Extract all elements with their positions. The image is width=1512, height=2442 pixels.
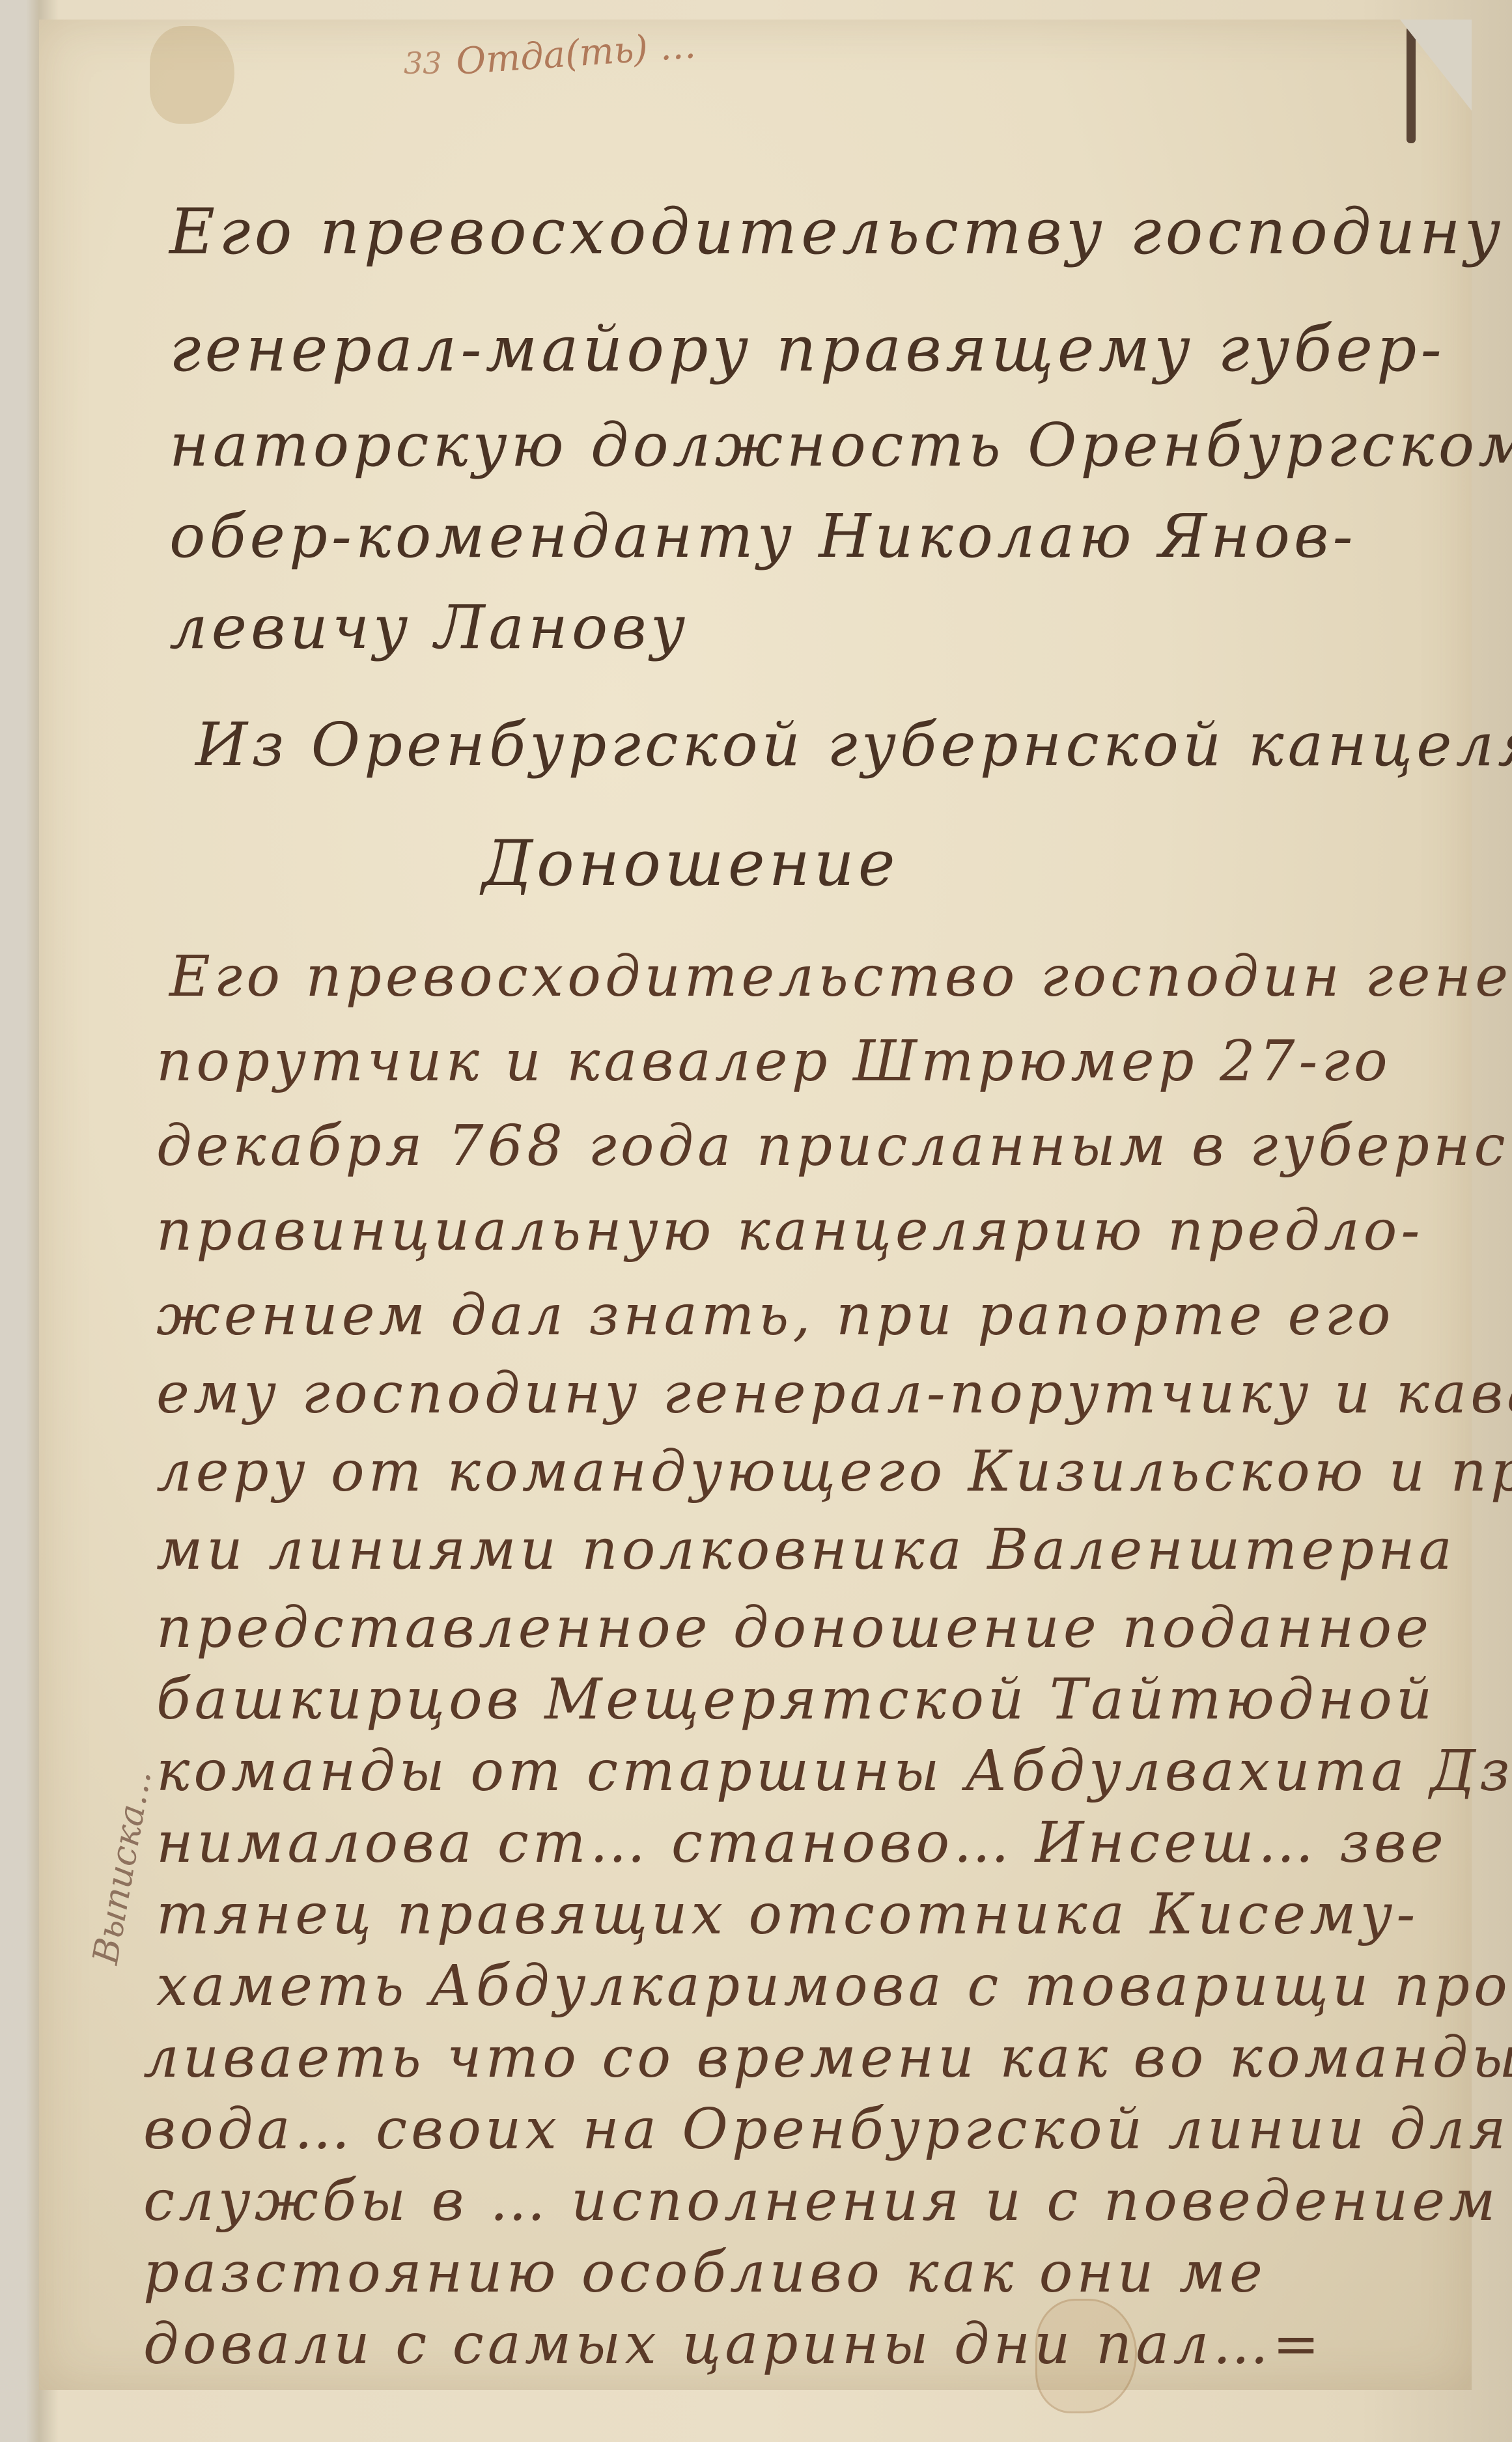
- address-line-5: левичу Ланову: [169, 593, 689, 662]
- document-title: Доношение: [482, 827, 899, 900]
- water-stain-top: [150, 26, 234, 124]
- body-line: довали с самых царины дни пал…=: [143, 2312, 1323, 2377]
- address-line-1: Его превосходительству господину: [169, 195, 1504, 268]
- body-line: декабря 768 года присланным в губернскую: [156, 1114, 1512, 1179]
- address-line-3: наторскую должность Оренбургскому: [169, 410, 1512, 480]
- margin-annotation: Выписка…: [85, 1767, 159, 1967]
- body-line: правинциальную канцелярию предло-: [156, 1198, 1423, 1263]
- sender-line: Из Оренбургской губернской канцелярии: [195, 710, 1512, 779]
- body-line: Его превосходительство господин генерал-: [169, 944, 1512, 1009]
- top-annotation: Отда(ть) …: [455, 24, 697, 83]
- folio-number: 33: [404, 46, 442, 81]
- body-line: леру от командующего Кизильскою и прочи-: [156, 1439, 1512, 1504]
- body-line: нималова ст… станово… Инсеш… зве: [156, 1810, 1448, 1875]
- body-line: вода… своих на Оренбургской линии для: [143, 2097, 1510, 2162]
- body-line: жением дал знать, при рапорте его: [156, 1283, 1395, 1348]
- address-line-2: генерал-майору правящему губер-: [169, 313, 1446, 386]
- body-line: порутчик и кавалер Штрюмер 27-го: [156, 1029, 1392, 1094]
- body-line: ми линиями полковника Валенштерна: [156, 1517, 1456, 1582]
- body-line: команды от старшины Абдулвахита Дзе: [156, 1739, 1512, 1804]
- body-line: представленное доношение поданное: [156, 1595, 1433, 1661]
- folded-corner: [1400, 20, 1472, 111]
- address-line-4: обер-коменданту Николаю Янов-: [169, 501, 1357, 571]
- body-line: башкирцов Мещерятской Тайтюдной: [156, 1667, 1436, 1732]
- body-line: службы в … исполнения и с поведением: [143, 2168, 1499, 2234]
- body-line: тянец правящих отсотника Кисему-: [156, 1882, 1419, 1947]
- body-line: ливаеть что со времени как во команды: [143, 2025, 1512, 2090]
- manuscript-scan: 33 Отда(ть) … Его превосходительству гос…: [0, 0, 1512, 2442]
- body-line: ему господину генерал-порутчику и кава-: [156, 1361, 1512, 1426]
- paper-sheet: 33 Отда(ть) … Его превосходительству гос…: [39, 20, 1472, 2390]
- body-line: разстоянию особливо как они ме: [143, 2240, 1267, 2305]
- body-line: хаметь Абдулкаримова с товарищи против: [156, 1954, 1512, 2019]
